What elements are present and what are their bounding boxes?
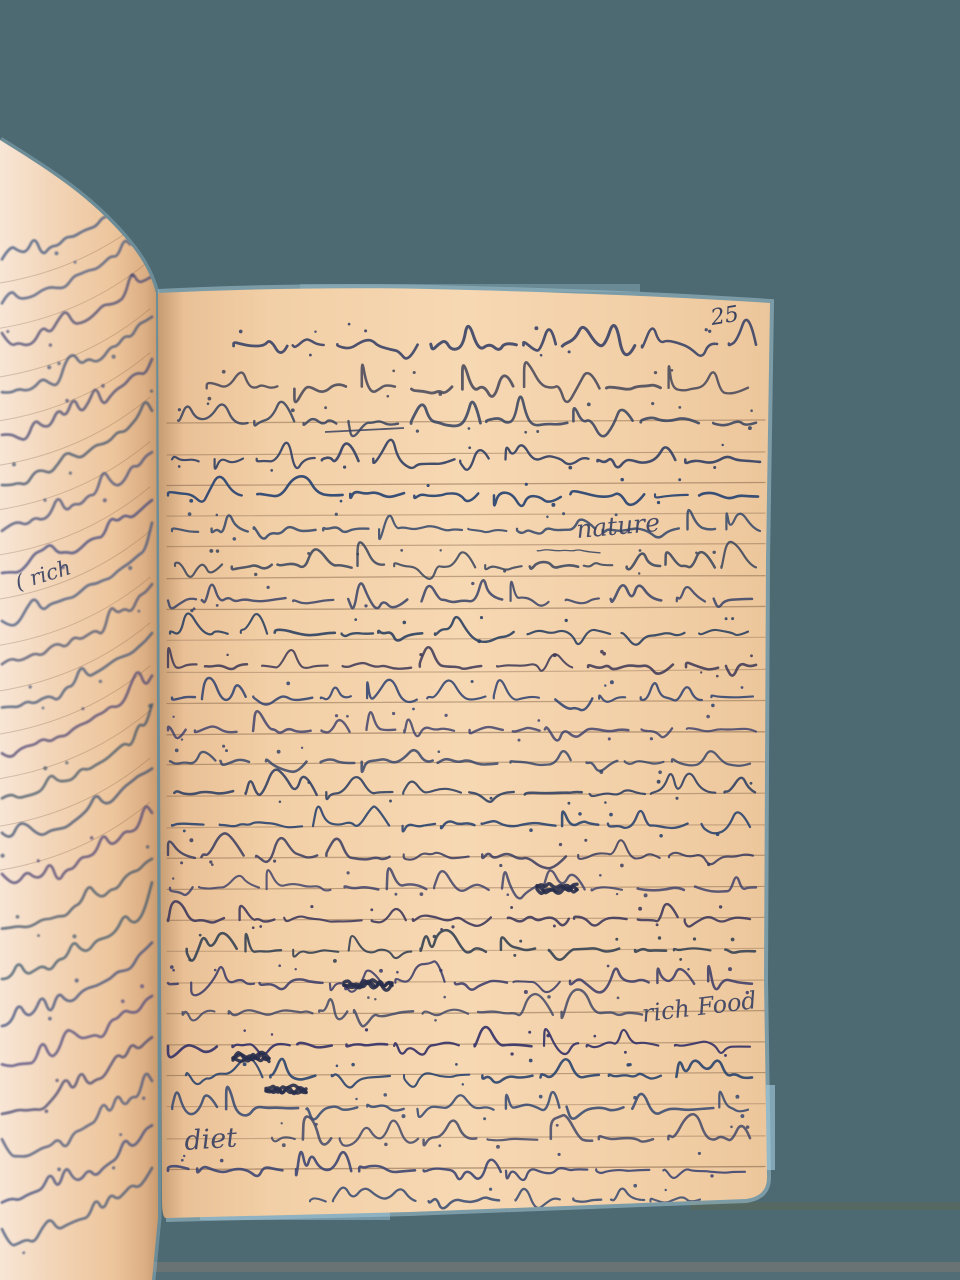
page-number: 25 <box>708 302 741 331</box>
edge-fringe <box>766 1085 775 1170</box>
right-page: 25 nature rich Food diet <box>158 288 770 1220</box>
left-page: ( rich <box>0 140 158 1280</box>
notebook-photo: ( rich 25 nature rich Food diet <box>0 0 960 1280</box>
notebook-photo-svg: ( rich 25 nature rich Food diet <box>0 0 960 1280</box>
word-diet: diet <box>183 1122 238 1157</box>
right-page-paper <box>158 288 770 1218</box>
gutter-shadow <box>158 290 184 1220</box>
